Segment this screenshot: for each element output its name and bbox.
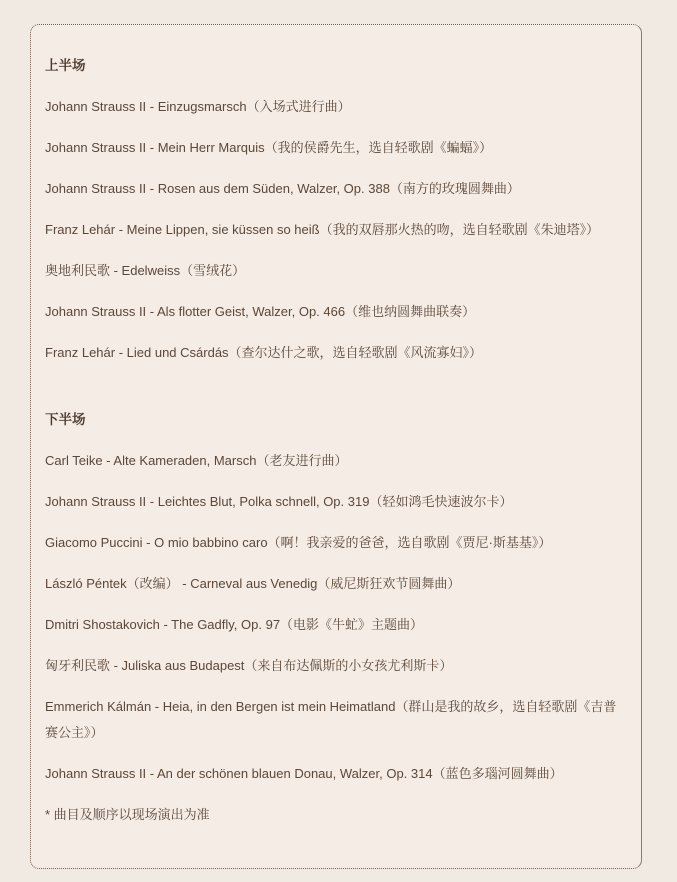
program-item: Carl Teike - Alte Kameraden, Marsch（老友进行… [45,448,629,474]
program-item: Franz Lehár - Meine Lippen, sie küssen s… [45,217,629,243]
page: 上半场 Johann Strauss II - Einzugsmarsch（入场… [0,0,677,882]
program-item: Dmitri Shostakovich - The Gadfly, Op. 97… [45,612,629,638]
program-item: Johann Strauss II - Als flotter Geist, W… [45,299,629,325]
program-item: Emmerich Kálmán - Heia, in den Bergen is… [45,694,629,746]
program-item: Johann Strauss II - Mein Herr Marquis（我的… [45,135,629,161]
program-item: Johann Strauss II - Einzugsmarsch（入场式进行曲… [45,94,629,120]
program-item: 奥地利民歌 - Edelweiss（雪绒花） [45,258,629,284]
program-panel: 上半场 Johann Strauss II - Einzugsmarsch（入场… [30,24,642,869]
first-half-heading: 上半场 [45,53,629,79]
first-half-section: 上半场 Johann Strauss II - Einzugsmarsch（入场… [45,53,629,366]
program-item: Giacomo Puccini - O mio babbino caro（啊！我… [45,530,629,556]
program-footnote: * 曲目及顺序以现场演出为准 [45,802,629,828]
program-item: 匈牙利民歌 - Juliska aus Budapest（来自布达佩斯的小女孩尤… [45,653,629,679]
second-half-heading: 下半场 [45,407,629,433]
program-item: Johann Strauss II - Leichtes Blut, Polka… [45,489,629,515]
second-half-section: 下半场 Carl Teike - Alte Kameraden, Marsch（… [45,407,629,787]
program-item: Johann Strauss II - Rosen aus dem Süden,… [45,176,629,202]
program-item: Johann Strauss II - An der schönen blaue… [45,761,629,787]
program-item: László Péntek（改编） - Carneval aus Venedig… [45,571,629,597]
program-item: Franz Lehár - Lied und Csárdás（查尔达什之歌，选自… [45,340,629,366]
